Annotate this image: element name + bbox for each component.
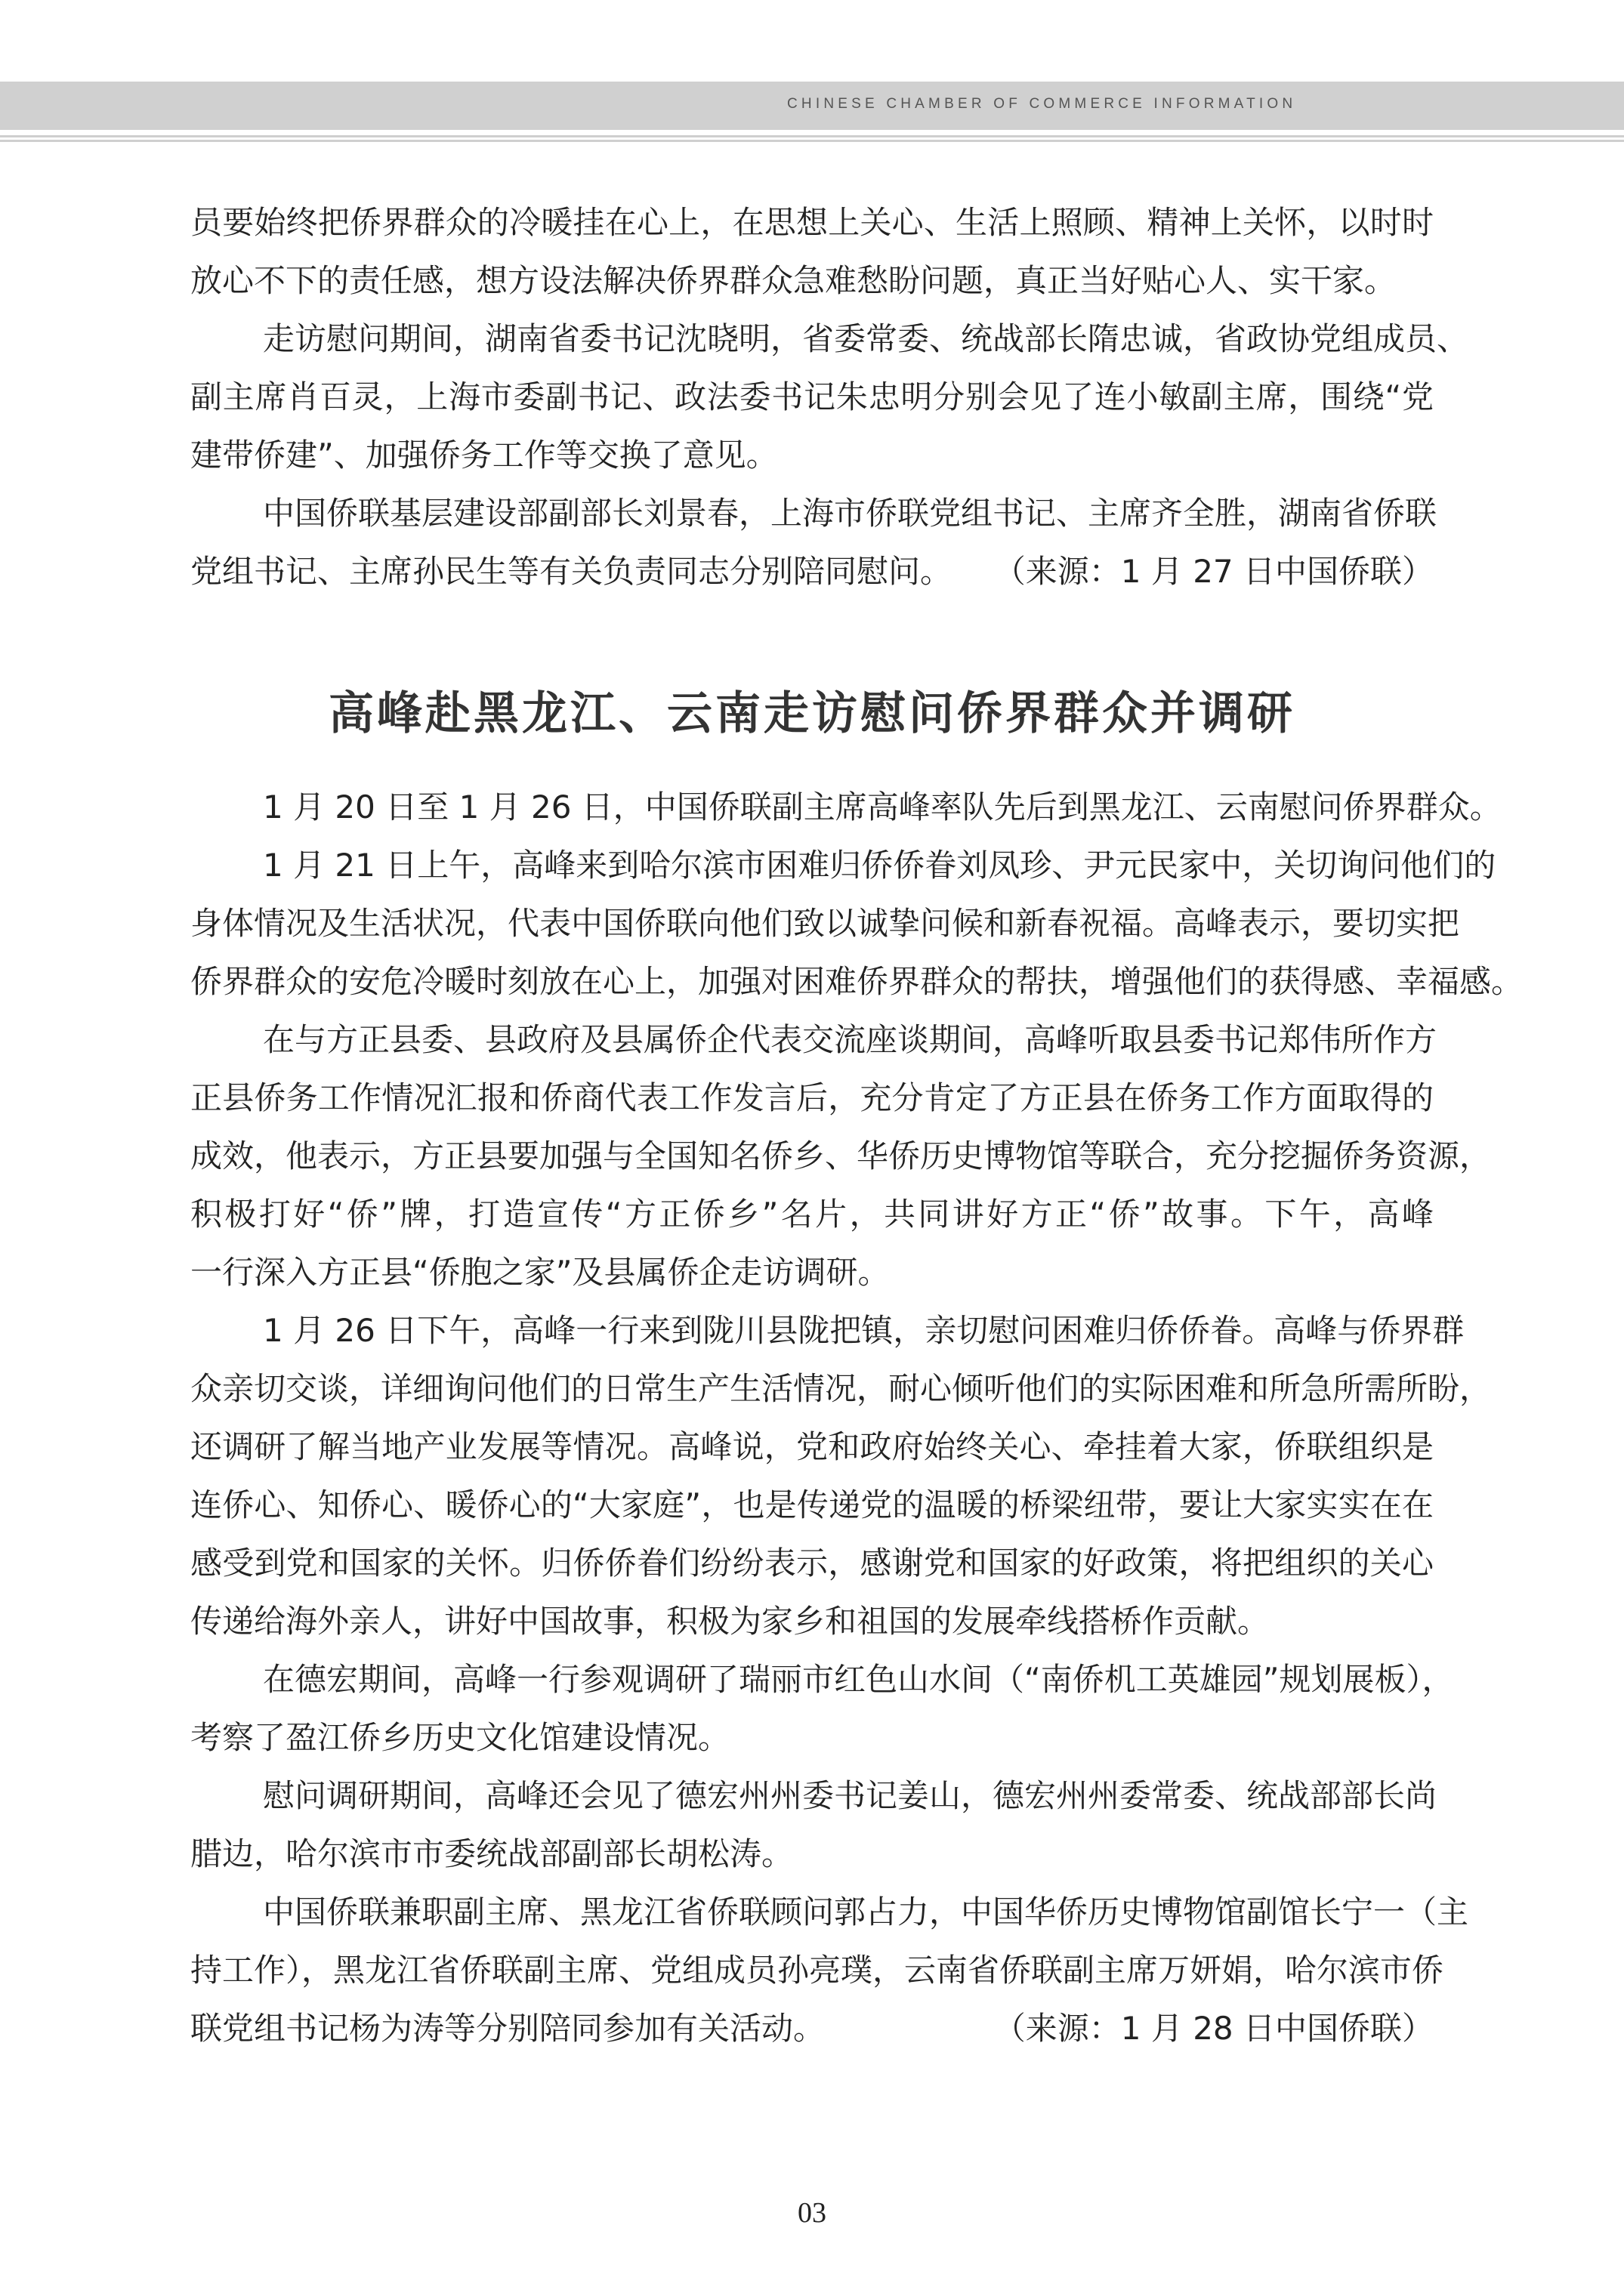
running-header-title: CHINESE CHAMBER OF COMMERCE INFORMATION xyxy=(787,95,1150,113)
article-title: 高峰赴黑龙江、云南走访慰问侨界群众并调研 xyxy=(0,684,1624,744)
text-line: 众亲切交谈，详细询问他们的日常生产生活情况，耐心倾听他们的实际困难和所急所需所盼… xyxy=(190,1359,1434,1418)
text-line: 积极打好“侨”牌，打造宣传“方正侨乡”名片，共同讲好方正“侨”故事。下午，高峰 xyxy=(190,1185,1434,1243)
text-line: 员要始终把侨界群众的冷暖挂在心上，在思想上关心、生活上照顾、精神上关怀，以时时 xyxy=(190,193,1434,252)
text-line: 感受到党和国家的关怀。归侨侨眷们纷纷表示，感谢党和国家的好政策，将把组织的关心 xyxy=(190,1534,1434,1592)
previous-article-continuation: 员要始终把侨界群众的冷暖挂在心上，在思想上关心、生活上照顾、精神上关怀，以时时 … xyxy=(190,193,1434,600)
text-line: 身体情况及生活状况，代表中国侨联向他们致以诚挚问候和新春祝福。高峰表示，要切实把 xyxy=(190,894,1434,952)
text-line: 一行深入方正县“侨胞之家”及县属侨企走访调研。 xyxy=(190,1243,1434,1301)
text-line: 还调研了解当地产业发展等情况。高峰说，党和政府始终关心、牵挂着大家，侨联组织是 xyxy=(190,1418,1434,1476)
text-line-with-source: 联党组书记杨为涛等分别陪同参加有关活动。 （来源：1 月 28 日中国侨联） xyxy=(190,1999,1434,2057)
header-divider-line xyxy=(0,140,1624,142)
text-line: 慰问调研期间，高峰还会见了德宏州州委书记姜山，德宏州州委常委、统战部部长尚 xyxy=(190,1767,1434,1825)
text-line: 传递给海外亲人，讲好中国故事，积极为家乡和祖国的发展牵线搭桥作贡献。 xyxy=(190,1592,1434,1650)
text-line: 1 月 20 日至 1 月 26 日，中国侨联副主席高峰率队先后到黑龙江、云南慰… xyxy=(190,778,1434,836)
text-line: 中国侨联兼职副主席、黑龙江省侨联顾问郭占力，中国华侨历史博物馆副馆长宁一（主 xyxy=(190,1883,1434,1941)
text-line: 中国侨联基层建设部副部长刘景春，上海市侨联党组书记、主席齐全胜，湖南省侨联 xyxy=(190,484,1434,542)
text-line: 1 月 26 日下午，高峰一行来到陇川县陇把镇，亲切慰问困难归侨侨眷。高峰与侨界… xyxy=(190,1301,1434,1359)
text-line: 成效，他表示，方正县要加强与全国知名侨乡、华侨历史博物馆等联合，充分挖掘侨务资源… xyxy=(190,1127,1434,1185)
text-line: 腊边，哈尔滨市市委统战部副部长胡松涛。 xyxy=(190,1825,1434,1883)
article-body: 1 月 20 日至 1 月 26 日，中国侨联副主席高峰率队先后到黑龙江、云南慰… xyxy=(190,778,1434,2057)
source-attribution: （来源：1 月 27 日中国侨联） xyxy=(994,542,1434,600)
text-line: 正县侨务工作情况汇报和侨商代表工作发言后，充分肯定了方正县在侨务工作方面取得的 xyxy=(190,1069,1434,1127)
text-line: 建带侨建”、加强侨务工作等交换了意见。 xyxy=(190,426,1434,484)
text-line: 连侨心、知侨心、暖侨心的“大家庭”，也是传递党的温暖的桥梁纽带，要让大家实实在在 xyxy=(190,1476,1434,1534)
page-number: 03 xyxy=(0,2194,1624,2232)
text-line: 1 月 21 日上午，高峰来到哈尔滨市困难归侨侨眷刘凤珍、尹元民家中，关切询问他… xyxy=(190,836,1434,894)
text-line: 考察了盈江侨乡历史文化馆建设情况。 xyxy=(190,1708,1434,1767)
text-line: 持工作），黑龙江省侨联副主席、党组成员孙亮璞，云南省侨联副主席万妍娟，哈尔滨市侨 xyxy=(190,1941,1434,1999)
text-line-with-source: 党组书记、主席孙民生等有关负责同志分别陪同慰问。 （来源：1 月 27 日中国侨… xyxy=(190,542,1434,600)
text-line: 侨界群众的安危冷暖时刻放在心上，加强对困难侨界群众的帮扶，增强他们的获得感、幸福… xyxy=(190,952,1434,1011)
text-line: 党组书记、主席孙民生等有关负责同志分别陪同慰问。 xyxy=(190,542,952,600)
text-line: 副主席肖百灵，上海市委副书记、政法委书记朱忠明分别会见了连小敏副主席，围绕“党 xyxy=(190,368,1434,426)
text-line: 联党组书记杨为涛等分别陪同参加有关活动。 xyxy=(190,1999,825,2057)
text-line: 在与方正县委、县政府及县属侨企代表交流座谈期间，高峰听取县委书记郑伟所作方 xyxy=(190,1011,1434,1069)
source-attribution: （来源：1 月 28 日中国侨联） xyxy=(994,1999,1434,2057)
text-line: 在德宏期间，高峰一行参观调研了瑞丽市红色山水间（“南侨机工英雄园”规划展板）， xyxy=(190,1650,1434,1708)
text-line: 放心不下的责任感，想方设法解决侨界群众急难愁盼问题，真正当好贴心人、实干家。 xyxy=(190,252,1434,310)
text-line: 走访慰问期间，湖南省委书记沈晓明，省委常委、统战部长隋忠诚，省政协党组成员、 xyxy=(190,310,1434,368)
header-divider-line xyxy=(0,135,1624,137)
